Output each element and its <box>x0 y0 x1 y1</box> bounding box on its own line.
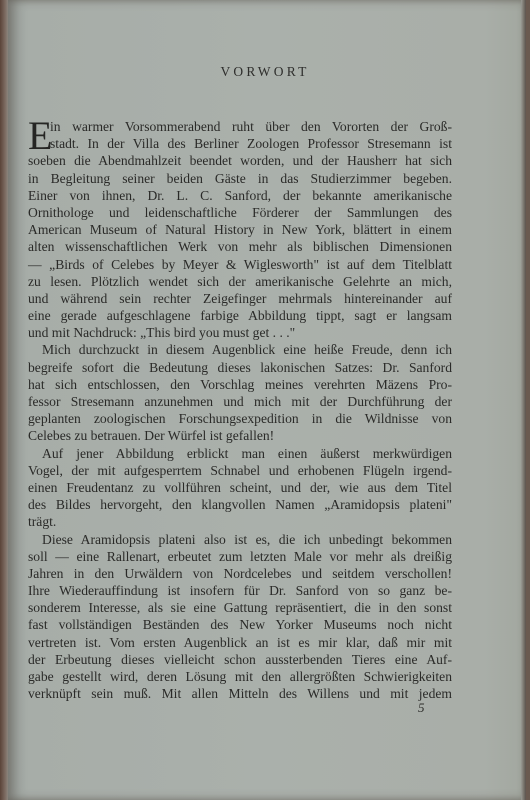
drop-cap: E <box>28 118 52 154</box>
paragraph-4: Diese Aramidopsis plateni also ist es, d… <box>28 531 452 703</box>
text-line: vertreten ist. Vom ersten Augenblick an … <box>28 634 452 651</box>
body-text: E in warmer Vorsommerabend ruht über den… <box>28 118 452 702</box>
text-line: eine gerade aufgeschlagene farbige Abbil… <box>28 307 452 324</box>
paragraph-1: in warmer Vorsommerabend ruht über den V… <box>28 118 452 341</box>
paragraph-3: Auf jener Abbildung erblickt man einen ä… <box>28 445 452 531</box>
chapter-heading: VORWORT <box>0 64 530 80</box>
text-line: soeben die Abendmahlzeit beendet worden,… <box>28 152 452 169</box>
text-line: fast vollständigen Beständen des New Yor… <box>28 616 452 633</box>
text-line: verknüpft sein muß. Mit allen Mitteln de… <box>28 685 452 702</box>
text-line: gabe gestellt wird, deren Lösung mit den… <box>28 668 452 685</box>
text-line: in Begleitung seiner beiden Gäste in das… <box>28 170 452 187</box>
text-line: fessor Stresemann anzunehmen und mich mi… <box>28 393 452 410</box>
text-line: Celebes zu betrauen. Der Würfel ist gefa… <box>28 427 452 444</box>
text-line: hat sich entschlossen, den Vorschlag mei… <box>28 376 452 393</box>
text-line: Ihre Wiederauffindung ist insofern für D… <box>28 582 452 599</box>
text-line: Diese Aramidopsis plateni also ist es, d… <box>28 531 452 548</box>
text-line: und mit Nachdruck: „This bird you must g… <box>28 324 452 341</box>
text-line: einen Freudentanz zu vollführen scheint,… <box>28 479 452 496</box>
text-line: zu lesen. Plötzlich wendet sich der amer… <box>28 273 452 290</box>
page-edge <box>521 0 526 800</box>
text-line: geplanten zoologischen Forschungsexpedit… <box>28 410 452 427</box>
text-line: Ornithologe und leidenschaftliche Förder… <box>28 204 452 221</box>
text-line: der Erbeutung dieses vielleicht schon au… <box>28 651 452 668</box>
text-line: und während sein rechter Zeigefinger meh… <box>28 290 452 307</box>
text-line: Mich durchzuckt in diesem Augenblick ein… <box>28 341 452 358</box>
paragraph-2: Mich durchzuckt in diesem Augenblick ein… <box>28 341 452 444</box>
text-line: Einer von ihnen, Dr. L. C. Sanford, der … <box>28 187 452 204</box>
text-line: soll — eine Rallenart, erbeutet zum letz… <box>28 548 452 565</box>
text-line: stadt. In der Villa des Berliner Zoologe… <box>28 135 452 152</box>
text-line: Jahren in den Urwäldern von Nordcelebes … <box>28 565 452 582</box>
text-line: American Museum of Natural History in Ne… <box>28 221 452 238</box>
text-line: trägt. <box>28 513 452 530</box>
text-line: in warmer Vorsommerabend ruht über den V… <box>28 118 452 135</box>
text-line: Auf jener Abbildung erblickt man einen ä… <box>28 445 452 462</box>
text-line: des Bildes hervorgeht, den klangvollen N… <box>28 496 452 513</box>
page-number: 5 <box>418 700 425 716</box>
text-line: begreife sofort die Bedeutung dieses lak… <box>28 359 452 376</box>
text-line: alten wissenschaftlichen Werk von mehr a… <box>28 238 452 255</box>
text-line: sonderem Interesse, als sie eine Gattung… <box>28 599 452 616</box>
text-line: — „Birds of Celebes by Meyer & Wigleswor… <box>28 256 452 273</box>
text-line: Vogel, der mit aufgesperrtem Schnabel un… <box>28 462 452 479</box>
